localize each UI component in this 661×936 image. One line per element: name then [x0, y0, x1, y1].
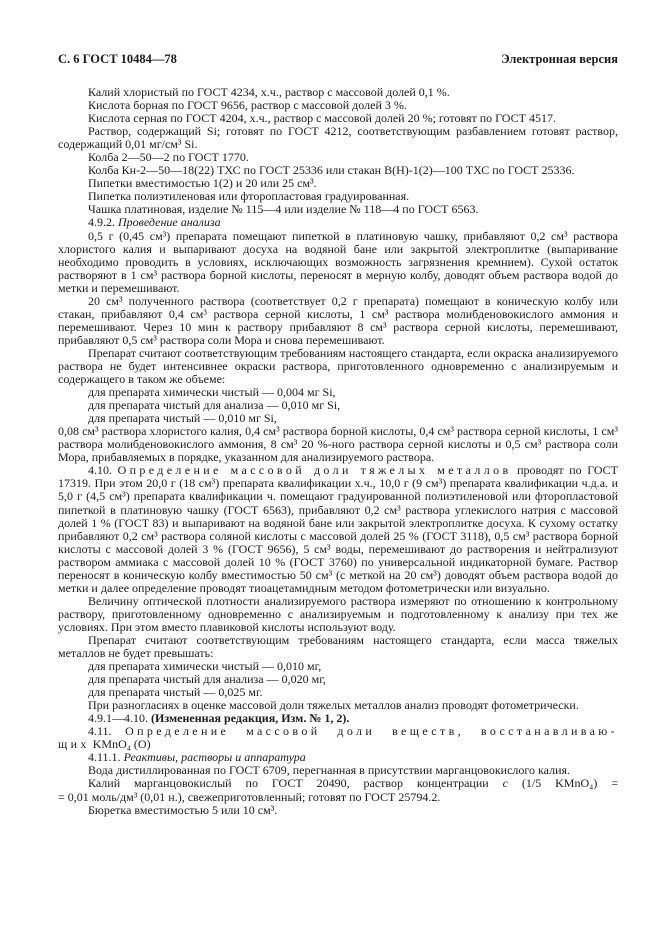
- text-run: 4.11.1.: [88, 750, 124, 764]
- paragraph-12: 20 см³ полученного раствора (соответству…: [58, 295, 618, 347]
- text-run: Препарат считают соответствующим требова…: [58, 346, 618, 386]
- document-page: С. 6 ГОСТ 10484—78 Электронная версия Ка…: [0, 0, 661, 936]
- text-run: (Измененная редакция, Изм. № 1, 2).: [151, 711, 349, 725]
- text-run: Колба 2—50—2 по ГОСТ 1770.: [88, 150, 249, 164]
- page-header: С. 6 ГОСТ 10484—78 Электронная версия: [58, 53, 618, 66]
- text-run: Калий хлористый по ГОСТ 4234, х.ч., раст…: [88, 85, 450, 99]
- text-run: Препарат считают соответствующим требова…: [58, 633, 618, 660]
- text-run: KMnO₄ (О): [90, 737, 151, 751]
- document-body: Калий хлористый по ГОСТ 4234, х.ч., раст…: [58, 86, 618, 817]
- text-run: для препарата чистый — 0,010 мг Si,: [88, 411, 277, 425]
- text-run: для препарата чистый для анализа — 0,020…: [88, 672, 326, 686]
- text-run: (1/5 KMnO₄) =: [508, 776, 618, 790]
- text-run: 4.11.: [88, 724, 125, 738]
- paragraph-4: Раствор, содержащий Si; готовят по ГОСТ …: [58, 125, 618, 151]
- text-run: Величину оптической плотности анализируе…: [58, 594, 618, 634]
- text-run: 4.9.1—4.10.: [88, 711, 151, 725]
- text-run: для препарата химически чистый — 0,010 м…: [88, 659, 321, 673]
- text-run: Пипетка полиэтиленовая или фторопластова…: [88, 189, 409, 203]
- text-run: 0,5 г (0,45 см³) препарата помещают пипе…: [58, 229, 618, 295]
- text-run: 20 см³ полученного раствора (соответству…: [58, 294, 618, 347]
- text-run: = 0,01 моль/дм³ (0,01 н.), свежеприготов…: [58, 790, 440, 804]
- text-run: Вода дистиллированная по ГОСТ 6709, пере…: [88, 763, 570, 777]
- text-run: для препарата химически чистый — 0,004 м…: [88, 385, 336, 399]
- text-run: 0,08 см³ раствора хлористого калия, 0,4 …: [58, 424, 618, 464]
- paragraph-18: 4.10. Определение массовой доли тяжелых …: [58, 464, 618, 594]
- paragraph-32: Бюретка вместимостью 5 или 10 см³.: [58, 804, 618, 817]
- text-run: Определение массовой доли тяжелых металл…: [118, 463, 512, 477]
- text-run: 4.10.: [88, 463, 118, 477]
- text-run: Определение массовой доли веществ, восст…: [125, 724, 618, 738]
- text-run: для препарата чистый — 0,025 мг.: [88, 685, 263, 699]
- header-right-text: Электронная версия: [501, 53, 618, 66]
- text-run: Колба Кн-2—50—18(22) ТХС по ГОСТ 25336 и…: [88, 163, 575, 177]
- text-run: Чашка платиновая, изделие № 115—4 или из…: [88, 202, 478, 216]
- text-run: щих: [58, 737, 90, 751]
- text-run: Проведение анализа: [118, 215, 221, 229]
- text-run: для препарата чистый для анализа — 0,010…: [88, 398, 340, 412]
- text-run: Кислота серная по ГОСТ 4204, х.ч., раств…: [88, 111, 556, 125]
- paragraph-13: Препарат считают соответствующим требова…: [58, 347, 618, 386]
- text-run: 4.9.2.: [88, 215, 118, 229]
- paragraph-17: 0,08 см³ раствора хлористого калия, 0,4 …: [58, 425, 618, 464]
- paragraph-19: Величину оптической плотности анализируе…: [58, 595, 618, 634]
- text-run: Бюретка вместимостью 5 или 10 см³.: [88, 803, 277, 817]
- paragraph-11: 0,5 г (0,45 см³) препарата помещают пипе…: [58, 230, 618, 295]
- text-run: Реактивы, растворы и аппаратура: [124, 750, 306, 764]
- header-left-text: С. 6 ГОСТ 10484—78: [58, 53, 177, 66]
- text-run: Раствор, содержащий Si; готовят по ГОСТ …: [58, 124, 618, 151]
- text-run: При разногласиях в оценке массовой доли …: [88, 698, 579, 712]
- paragraph-20: Препарат считают соответствующим требова…: [58, 634, 618, 660]
- text-run: проводят по ГОСТ 17319. При этом 20,0 г …: [58, 463, 618, 594]
- text-run: Калий марганцовокислый по ГОСТ 20490, ра…: [88, 776, 503, 790]
- text-run: Пипетки вместимостью 1(2) и 20 или 25 см…: [88, 176, 317, 190]
- text-run: Кислота борная по ГОСТ 9656, раствор с м…: [88, 98, 407, 112]
